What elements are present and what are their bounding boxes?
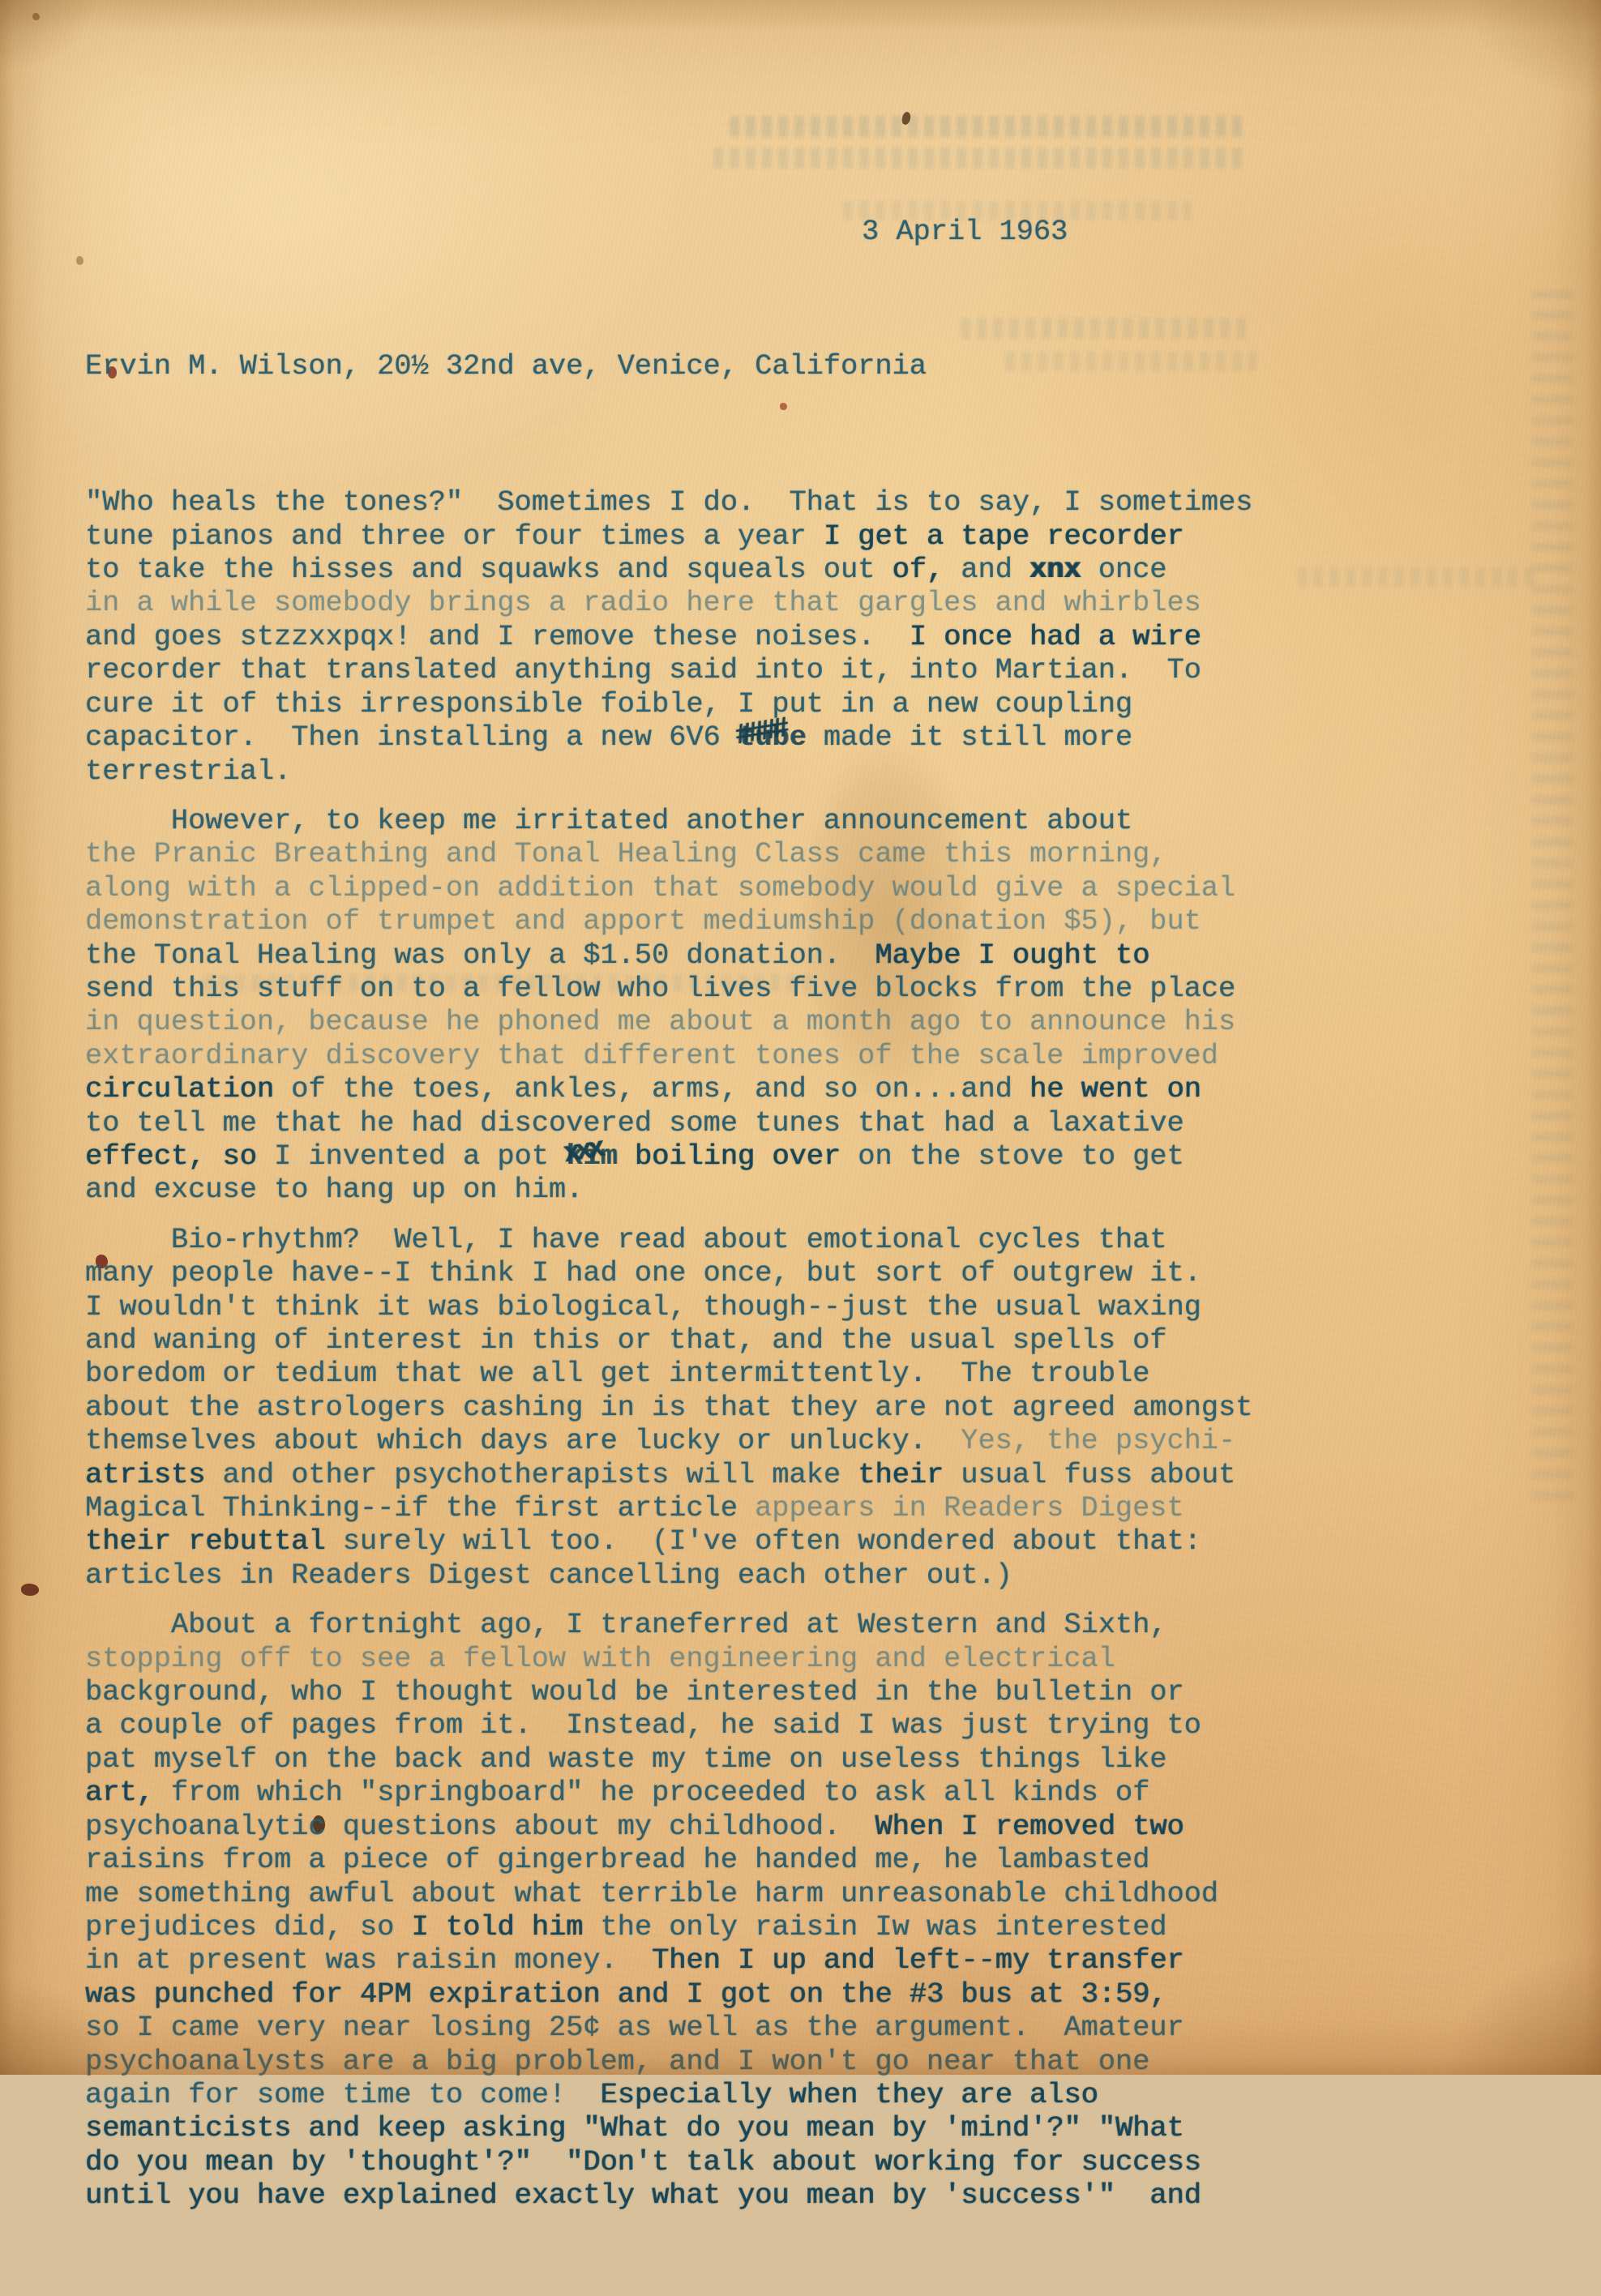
text-line: and goes stzzxxpqx! and I remove these n… <box>85 621 1512 654</box>
text-segment: When I removed two <box>875 1811 1184 1843</box>
text-line: in a while somebody brings a radio here … <box>85 587 1512 620</box>
text-segment: themselves about which days are lucky or… <box>85 1425 961 1457</box>
text-segment: Magical Thinking--if the first article <box>85 1492 755 1524</box>
text-segment: their rebuttal <box>85 1525 326 1558</box>
ink-fleck <box>901 111 912 126</box>
text-line: in at present was raisin money. Then I u… <box>85 1944 1512 1977</box>
text-line: tune pianos and three or four times a ye… <box>85 520 1512 554</box>
text-segment: psychoanalysts are a big problem, and I … <box>85 2046 1149 2075</box>
text-line: stopping off to see a fellow with engine… <box>85 1643 1512 1676</box>
text-line: effect, so I invented a pot kim boiling … <box>85 1140 1512 1174</box>
letter-content: 3 April 1963 Ervin M. Wilson, 20½ 32nd a… <box>85 148 1512 2075</box>
stain-spot <box>76 256 83 265</box>
text-segment: circulation <box>85 1073 274 1105</box>
text-line: circulation of the toes, ankles, arms, a… <box>85 1073 1512 1106</box>
letter-body: "Who heals the tones?" Sometimes I do. T… <box>85 486 1512 2075</box>
text-segment: About a fortnight ago, I traneferred at … <box>85 1609 1167 1641</box>
text-segment: I told him <box>411 1911 583 1943</box>
text-line: many people have--I think I had one once… <box>85 1257 1512 1290</box>
text-line: to take the hisses and squawks and squea… <box>85 554 1512 587</box>
bleedthrough-mark <box>730 116 1248 137</box>
text-segment: many people have--I think I had one once… <box>85 1257 1201 1289</box>
text-segment: and goes stzzxxpqx! and I remove these n… <box>85 621 910 653</box>
text-line: was punched for 4PM expiration and I got… <box>85 1978 1512 2012</box>
text-segment: Maybe I ought to <box>875 939 1149 972</box>
text-segment: capacitor. Then installing a new 6V6 <box>85 721 738 754</box>
text-line: about the astrologers cashing in is that… <box>85 1392 1512 1425</box>
text-line: and waning of interest in this or that, … <box>85 1324 1512 1358</box>
text-line: "Who heals the tones?" Sometimes I do. T… <box>85 486 1512 519</box>
paragraph: About a fortnight ago, I traneferred at … <box>85 1609 1512 2075</box>
paragraph: However, to keep me irritated another an… <box>85 805 1512 1208</box>
text-segment: in at present was raisin money. <box>85 1944 652 1977</box>
text-segment: psychoanalytic questions about my childh… <box>85 1811 875 1843</box>
text-segment: I once had a wire <box>910 621 1201 653</box>
text-segment: boredom or tedium that we all get interm… <box>85 1358 1149 1390</box>
text-segment: once <box>1081 554 1167 586</box>
text-segment <box>618 1140 635 1173</box>
overstruck-text: xnx <box>1030 554 1081 586</box>
text-segment: prejudices did, so <box>85 1911 411 1943</box>
text-segment: I invented a pot <box>257 1140 566 1173</box>
text-segment: raisins from a piece of gingerbread he h… <box>85 1844 1149 1876</box>
text-line: and excuse to hang up on him. <box>85 1174 1512 1207</box>
text-line: Magical Thinking--if the first article a… <box>85 1492 1512 1525</box>
text-segment: extraordinary discovery that different t… <box>85 1040 1218 1072</box>
text-segment: of the toes, ankles, arms, and so on...a… <box>274 1073 1030 1105</box>
text-segment: send this stuff on to a fellow who lives… <box>85 973 1235 1005</box>
text-line: the Pranic Breathing and Tonal Healing C… <box>85 838 1512 871</box>
text-segment: "Who heals the tones?" Sometimes I do. T… <box>85 486 1252 519</box>
text-line: themselves about which days are lucky or… <box>85 1425 1512 1458</box>
text-line: extraordinary discovery that different t… <box>85 1040 1512 1073</box>
stain-spot <box>32 13 40 20</box>
text-segment: However, to keep me irritated another an… <box>85 805 1132 837</box>
letter-date: 3 April 1963 <box>85 216 1512 249</box>
text-line: I wouldn't think it was biological, thou… <box>85 1291 1512 1324</box>
text-segment: and <box>944 554 1030 586</box>
text-segment: articles in Readers Digest cancelling ea… <box>85 1559 1012 1592</box>
text-segment: in a while somebody brings a radio here … <box>85 587 1201 619</box>
text-line: so I came very near losing 25¢ as well a… <box>85 2012 1512 2045</box>
text-segment: and waning of interest in this or that, … <box>85 1324 1167 1357</box>
text-line: About a fortnight ago, I traneferred at … <box>85 1609 1512 1642</box>
overstruck-text: tube <box>738 721 807 755</box>
text-line: psychoanalytic questions about my childh… <box>85 1811 1512 1844</box>
text-line: pat myself on the back and waste my time… <box>85 1743 1512 1777</box>
text-line: cure it of this irresponsible foible, I … <box>85 688 1512 721</box>
text-line: boredom or tedium that we all get interm… <box>85 1358 1512 1391</box>
overstruck-text: kim <box>566 1140 618 1174</box>
scanned-letter-page: 3 April 1963 Ervin M. Wilson, 20½ 32nd a… <box>0 0 1601 2075</box>
text-line: psychoanalysts are a big problem, and I … <box>85 2046 1512 2075</box>
text-segment: to take the hisses and squawks and squea… <box>85 554 893 586</box>
text-line: to tell me that he had discovered some t… <box>85 1107 1512 1140</box>
text-segment: Yes, the psychi- <box>961 1425 1235 1457</box>
text-segment: the Tonal Healing was only a $1.50 donat… <box>85 939 875 972</box>
text-segment: to tell me that he had discovered some t… <box>85 1107 1184 1139</box>
text-segment: and excuse to hang up on him. <box>85 1174 583 1206</box>
letter-recipient: Ervin M. Wilson, 20½ 32nd ave, Venice, C… <box>85 350 1512 383</box>
text-segment: usual fuss about <box>944 1459 1235 1491</box>
text-line: prejudices did, so I told him the only r… <box>85 1911 1512 1944</box>
text-line: recorder that translated anything said i… <box>85 654 1512 687</box>
text-line: capacitor. Then installing a new 6V6 tub… <box>85 721 1512 755</box>
text-segment: Bio-rhythm? Well, I have read about emot… <box>85 1224 1167 1256</box>
text-segment: effect, so <box>85 1140 257 1173</box>
text-segment: appears in Readers Digest <box>755 1492 1184 1524</box>
text-line: the Tonal Healing was only a $1.50 donat… <box>85 939 1512 973</box>
text-segment: the only raisin Iw was interested <box>583 1911 1167 1943</box>
text-segment: and other psychotherapists will make <box>205 1459 858 1491</box>
text-segment: art, <box>85 1777 154 1809</box>
text-line: background, who I thought would be inter… <box>85 1676 1512 1709</box>
text-line: in question, because he phoned me about … <box>85 1006 1512 1039</box>
text-segment: me something awful about what terrible h… <box>85 1878 1218 1910</box>
text-line: along with a clipped-on addition that so… <box>85 872 1512 905</box>
text-segment: terrestrial. <box>85 755 291 788</box>
text-segment: in question, because he phoned me about … <box>85 1006 1235 1038</box>
text-segment: made it still more <box>807 721 1132 754</box>
text-line: However, to keep me irritated another an… <box>85 805 1512 838</box>
text-segment: of, <box>893 554 944 586</box>
text-line: art, from which "springboard" he proceed… <box>85 1777 1512 1810</box>
text-segment: boiling over <box>635 1140 841 1173</box>
text-segment: Then I up and left--my transfer <box>652 1944 1184 1977</box>
text-segment: surely will too. (I've often wondered ab… <box>326 1525 1201 1558</box>
text-line: articles in Readers Digest cancelling ea… <box>85 1559 1512 1593</box>
text-segment: along with a clipped-on addition that so… <box>85 872 1235 904</box>
text-segment: so I came very near losing 25¢ as well a… <box>85 2012 1184 2044</box>
text-line: me something awful about what terrible h… <box>85 1878 1512 1911</box>
text-segment: recorder that translated anything said i… <box>85 654 1201 686</box>
text-segment: cure it of this irresponsible foible, I … <box>85 688 1132 720</box>
text-segment: from which "springboard" he proceeded to… <box>154 1777 1150 1809</box>
text-line: atrists and other psychotherapists will … <box>85 1459 1512 1492</box>
text-line: their rebuttal surely will too. (I've of… <box>85 1525 1512 1558</box>
text-line: send this stuff on to a fellow who lives… <box>85 973 1512 1006</box>
text-segment: atrists <box>85 1459 205 1491</box>
text-segment: I get a tape recorder <box>824 520 1184 553</box>
text-segment: their <box>858 1459 944 1491</box>
bleedthrough-column <box>1532 284 1573 1499</box>
text-line: a couple of pages from it. Instead, he s… <box>85 1709 1512 1742</box>
text-segment: was punched for 4PM expiration and I got… <box>85 1978 1167 2011</box>
text-segment: tune pianos and three or four times a ye… <box>85 520 824 553</box>
text-segment: about the astrologers cashing in is that… <box>85 1392 1252 1424</box>
text-segment: the Pranic Breathing and Tonal Healing C… <box>85 838 1167 870</box>
text-segment: pat myself on the back and waste my time… <box>85 1743 1167 1776</box>
text-segment: background, who I thought would be inter… <box>85 1676 1184 1708</box>
paragraph: "Who heals the tones?" Sometimes I do. T… <box>85 486 1512 789</box>
text-segment: he went on <box>1030 1073 1201 1105</box>
text-segment: stopping off to see a fellow with engine… <box>85 1643 1115 1675</box>
text-segment: a couple of pages from it. Instead, he s… <box>85 1709 1201 1742</box>
text-segment: I wouldn't think it was biological, thou… <box>85 1291 1201 1323</box>
text-line: demonstration of trumpet and apport medi… <box>85 905 1512 938</box>
paragraph: Bio-rhythm? Well, I have read about emot… <box>85 1224 1512 1593</box>
stain-spot <box>21 1584 39 1596</box>
text-line: terrestrial. <box>85 755 1512 789</box>
text-line: raisins from a piece of gingerbread he h… <box>85 1844 1512 1877</box>
text-segment: demonstration of trumpet and apport medi… <box>85 905 1201 938</box>
text-segment: on the stove to get <box>841 1140 1184 1173</box>
text-line: Bio-rhythm? Well, I have read about emot… <box>85 1224 1512 1257</box>
